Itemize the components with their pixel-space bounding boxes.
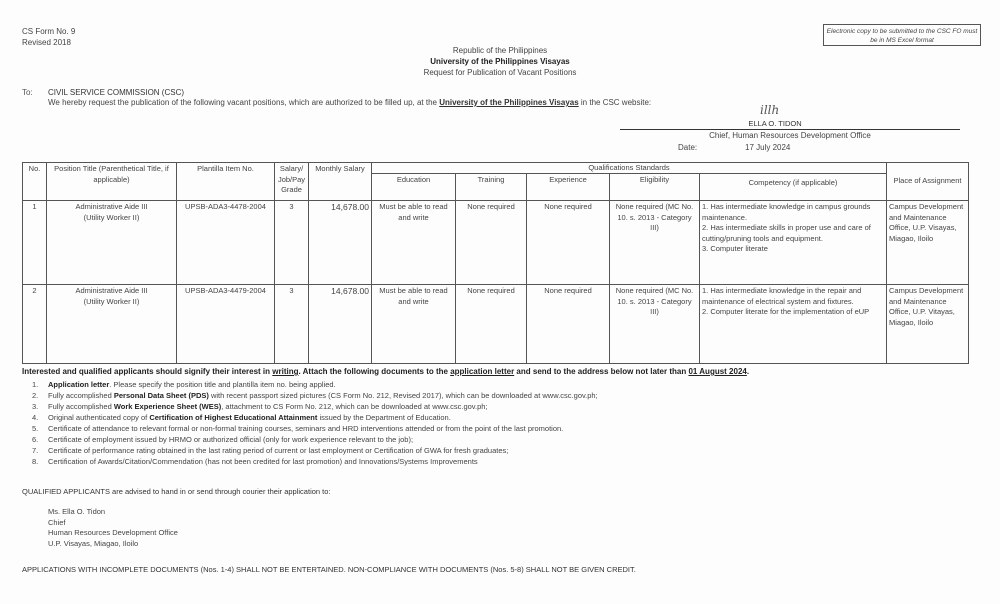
header-qualifications: Qualifications Standards bbox=[372, 163, 887, 174]
form-revision: Revised 2018 bbox=[22, 37, 75, 48]
header-position: Position Title (Parenthetical Title, if … bbox=[47, 163, 177, 201]
republic-line: Republic of the Philippines bbox=[350, 45, 650, 56]
header-education: Education bbox=[372, 174, 456, 201]
row-no: 2 bbox=[23, 285, 47, 364]
header-grade: Salary/ Job/Pay Grade bbox=[275, 163, 309, 201]
interest-text: . bbox=[747, 367, 749, 376]
document-header: Republic of the Philippines University o… bbox=[350, 45, 650, 78]
form-number: CS Form No. 9 bbox=[22, 26, 75, 37]
row-position: Administrative Aide III(Utility Worker I… bbox=[47, 201, 177, 285]
row-experience: None required bbox=[527, 201, 610, 285]
header-eligibility: Eligibility bbox=[610, 174, 700, 201]
row-eligibility: None required (MC No. 10. s. 2013 - Cate… bbox=[610, 285, 700, 364]
row-experience: None required bbox=[527, 285, 610, 364]
document-number: 1. bbox=[22, 379, 48, 390]
intro-text-end: in the CSC website: bbox=[579, 98, 651, 107]
row-place: Campus Development and Maintenance Offic… bbox=[887, 201, 969, 285]
document-number: 7. bbox=[22, 445, 48, 456]
document-name: Personal Data Sheet (PDS) bbox=[114, 391, 209, 400]
intro-text: We hereby request the publication of the… bbox=[48, 98, 439, 107]
position-title: Administrative Aide III bbox=[49, 286, 174, 297]
document-item: 5.Certificate of attendance to relevant … bbox=[22, 423, 598, 434]
interest-text: Interested and qualified applicants shou… bbox=[22, 367, 272, 376]
date-label: Date: bbox=[678, 143, 697, 152]
document-number: 6. bbox=[22, 434, 48, 445]
intro-paragraph: We hereby request the publication of the… bbox=[48, 98, 651, 107]
document-text: Certificate of performance rating obtain… bbox=[48, 446, 508, 455]
header-competency: Competency (if applicable) bbox=[700, 174, 887, 201]
document-name: Certification of Highest Educational Att… bbox=[149, 413, 317, 422]
document-text: with recent passport sized pictures (CS … bbox=[209, 391, 598, 400]
address-name: Ms. Ella O. Tidon bbox=[48, 507, 178, 518]
signatory-title: Chief, Human Resources Development Offic… bbox=[620, 131, 960, 140]
header-experience: Experience bbox=[527, 174, 610, 201]
header-training: Training bbox=[456, 174, 527, 201]
position-parenthetical: (Utility Worker II) bbox=[49, 213, 174, 224]
competency-item: 2. Has intermediate skills in proper use… bbox=[702, 223, 884, 244]
row-training: None required bbox=[456, 285, 527, 364]
document-text: Fully accomplished bbox=[48, 402, 114, 411]
document-text: Fully accomplished bbox=[48, 391, 114, 400]
row-grade: 3 bbox=[275, 285, 309, 364]
document-text: issued by the Department of Education. bbox=[317, 413, 450, 422]
address-title: Chief bbox=[48, 518, 178, 529]
document-item: 3.Fully accomplished Work Experience She… bbox=[22, 401, 598, 412]
university-link: University of the Philippines Visayas bbox=[439, 98, 578, 107]
document-item: 4.Original authenticated copy of Certifi… bbox=[22, 412, 598, 423]
date-value: 17 July 2024 bbox=[745, 143, 790, 152]
document-number: 2. bbox=[22, 390, 48, 401]
competency-item: 2. Computer literate for the implementat… bbox=[702, 307, 884, 318]
row-plantilla: UPSB-ADA3-4479-2004 bbox=[177, 285, 275, 364]
row-education: Must be able to read and write bbox=[372, 201, 456, 285]
address-office: Human Resources Development Office bbox=[48, 528, 178, 539]
header-plantilla: Plantilla Item No. bbox=[177, 163, 275, 201]
application-letter-emphasis: application letter bbox=[450, 367, 514, 376]
row-place: Campus Development and Maintenance Offic… bbox=[887, 285, 969, 364]
university-name: University of the Philippines Visayas bbox=[350, 56, 650, 67]
row-competency: 1. Has intermediate knowledge in the rep… bbox=[700, 285, 887, 364]
row-salary: 14,678.00 bbox=[309, 285, 372, 364]
row-position: Administrative Aide III(Utility Worker I… bbox=[47, 285, 177, 364]
document-text: . Please specify the position title and … bbox=[109, 380, 335, 389]
writing-emphasis: writing bbox=[272, 367, 298, 376]
document-text: Certificate of attendance to relevant fo… bbox=[48, 424, 563, 433]
submission-address: Ms. Ella O. Tidon Chief Human Resources … bbox=[48, 507, 178, 549]
row-plantilla: UPSB-ADA3-4478-2004 bbox=[177, 201, 275, 285]
position-title: Administrative Aide III bbox=[49, 202, 174, 213]
row-no: 1 bbox=[23, 201, 47, 285]
vacant-positions-table: No. Position Title (Parenthetical Title,… bbox=[22, 162, 969, 364]
table-row: 2 Administrative Aide III(Utility Worker… bbox=[23, 285, 969, 364]
document-number: 4. bbox=[22, 412, 48, 423]
incomplete-documents-warning: APPLICATIONS WITH INCOMPLETE DOCUMENTS (… bbox=[22, 565, 636, 574]
table-row: 1 Administrative Aide III(Utility Worker… bbox=[23, 201, 969, 285]
document-text: , attachment to CS Form No. 212, which c… bbox=[221, 402, 487, 411]
document-item: 7.Certificate of performance rating obta… bbox=[22, 445, 598, 456]
signatory-name: ELLA O. TIDON bbox=[720, 119, 830, 128]
document-item: 8.Certification of Awards/Citation/Comme… bbox=[22, 456, 598, 467]
interest-text: and send to the address below not later … bbox=[514, 367, 688, 376]
row-education: Must be able to read and write bbox=[372, 285, 456, 364]
signature-line bbox=[620, 129, 960, 130]
form-identifier: CS Form No. 9 Revised 2018 bbox=[22, 26, 75, 48]
document-name: Work Experience Sheet (WES) bbox=[114, 402, 221, 411]
row-salary: 14,678.00 bbox=[309, 201, 372, 285]
competency-item: 1. Has intermediate knowledge in the rep… bbox=[702, 286, 884, 307]
submission-advice: QUALIFIED APPLICANTS are advised to hand… bbox=[22, 487, 331, 496]
competency-item: 1. Has intermediate knowledge in campus … bbox=[702, 202, 884, 223]
document-number: 3. bbox=[22, 401, 48, 412]
document-text: Certification of Awards/Citation/Commend… bbox=[48, 457, 478, 466]
addressee-name: CIVIL SERVICE COMMISSION (CSC) bbox=[48, 88, 184, 97]
deadline: 01 August 2024 bbox=[688, 367, 746, 376]
row-grade: 3 bbox=[275, 201, 309, 285]
document-number: 8. bbox=[22, 456, 48, 467]
interest-paragraph: Interested and qualified applicants shou… bbox=[22, 367, 749, 376]
document-item: 6.Certificate of employment issued by HR… bbox=[22, 434, 598, 445]
document-item: 1.Application letter. Please specify the… bbox=[22, 379, 598, 390]
document-item: 2.Fully accomplished Personal Data Sheet… bbox=[22, 390, 598, 401]
position-parenthetical: (Utility Worker II) bbox=[49, 297, 174, 308]
row-eligibility: None required (MC No. 10. s. 2013 - Cate… bbox=[610, 201, 700, 285]
excel-format-note: Electronic copy to be submitted to the C… bbox=[823, 24, 981, 46]
row-training: None required bbox=[456, 201, 527, 285]
document-number: 5. bbox=[22, 423, 48, 434]
to-label: To: bbox=[22, 88, 33, 97]
header-place: Place of Assignment bbox=[887, 163, 969, 201]
header-salary: Monthly Salary bbox=[309, 163, 372, 201]
row-competency: 1. Has intermediate knowledge in campus … bbox=[700, 201, 887, 285]
document-text: Certificate of employment issued by HRMO… bbox=[48, 435, 413, 444]
competency-item: 3. Computer literate bbox=[702, 244, 884, 255]
signature: illh bbox=[760, 103, 779, 117]
document-title: Request for Publication of Vacant Positi… bbox=[350, 67, 650, 78]
document-name: Application letter bbox=[48, 380, 109, 389]
interest-text: . Attach the following documents to the bbox=[298, 367, 450, 376]
required-documents-list: 1.Application letter. Please specify the… bbox=[22, 379, 598, 467]
address-location: U.P. Visayas, Miagao, Iloilo bbox=[48, 539, 178, 550]
document-text: Original authenticated copy of bbox=[48, 413, 149, 422]
header-no: No. bbox=[23, 163, 47, 201]
